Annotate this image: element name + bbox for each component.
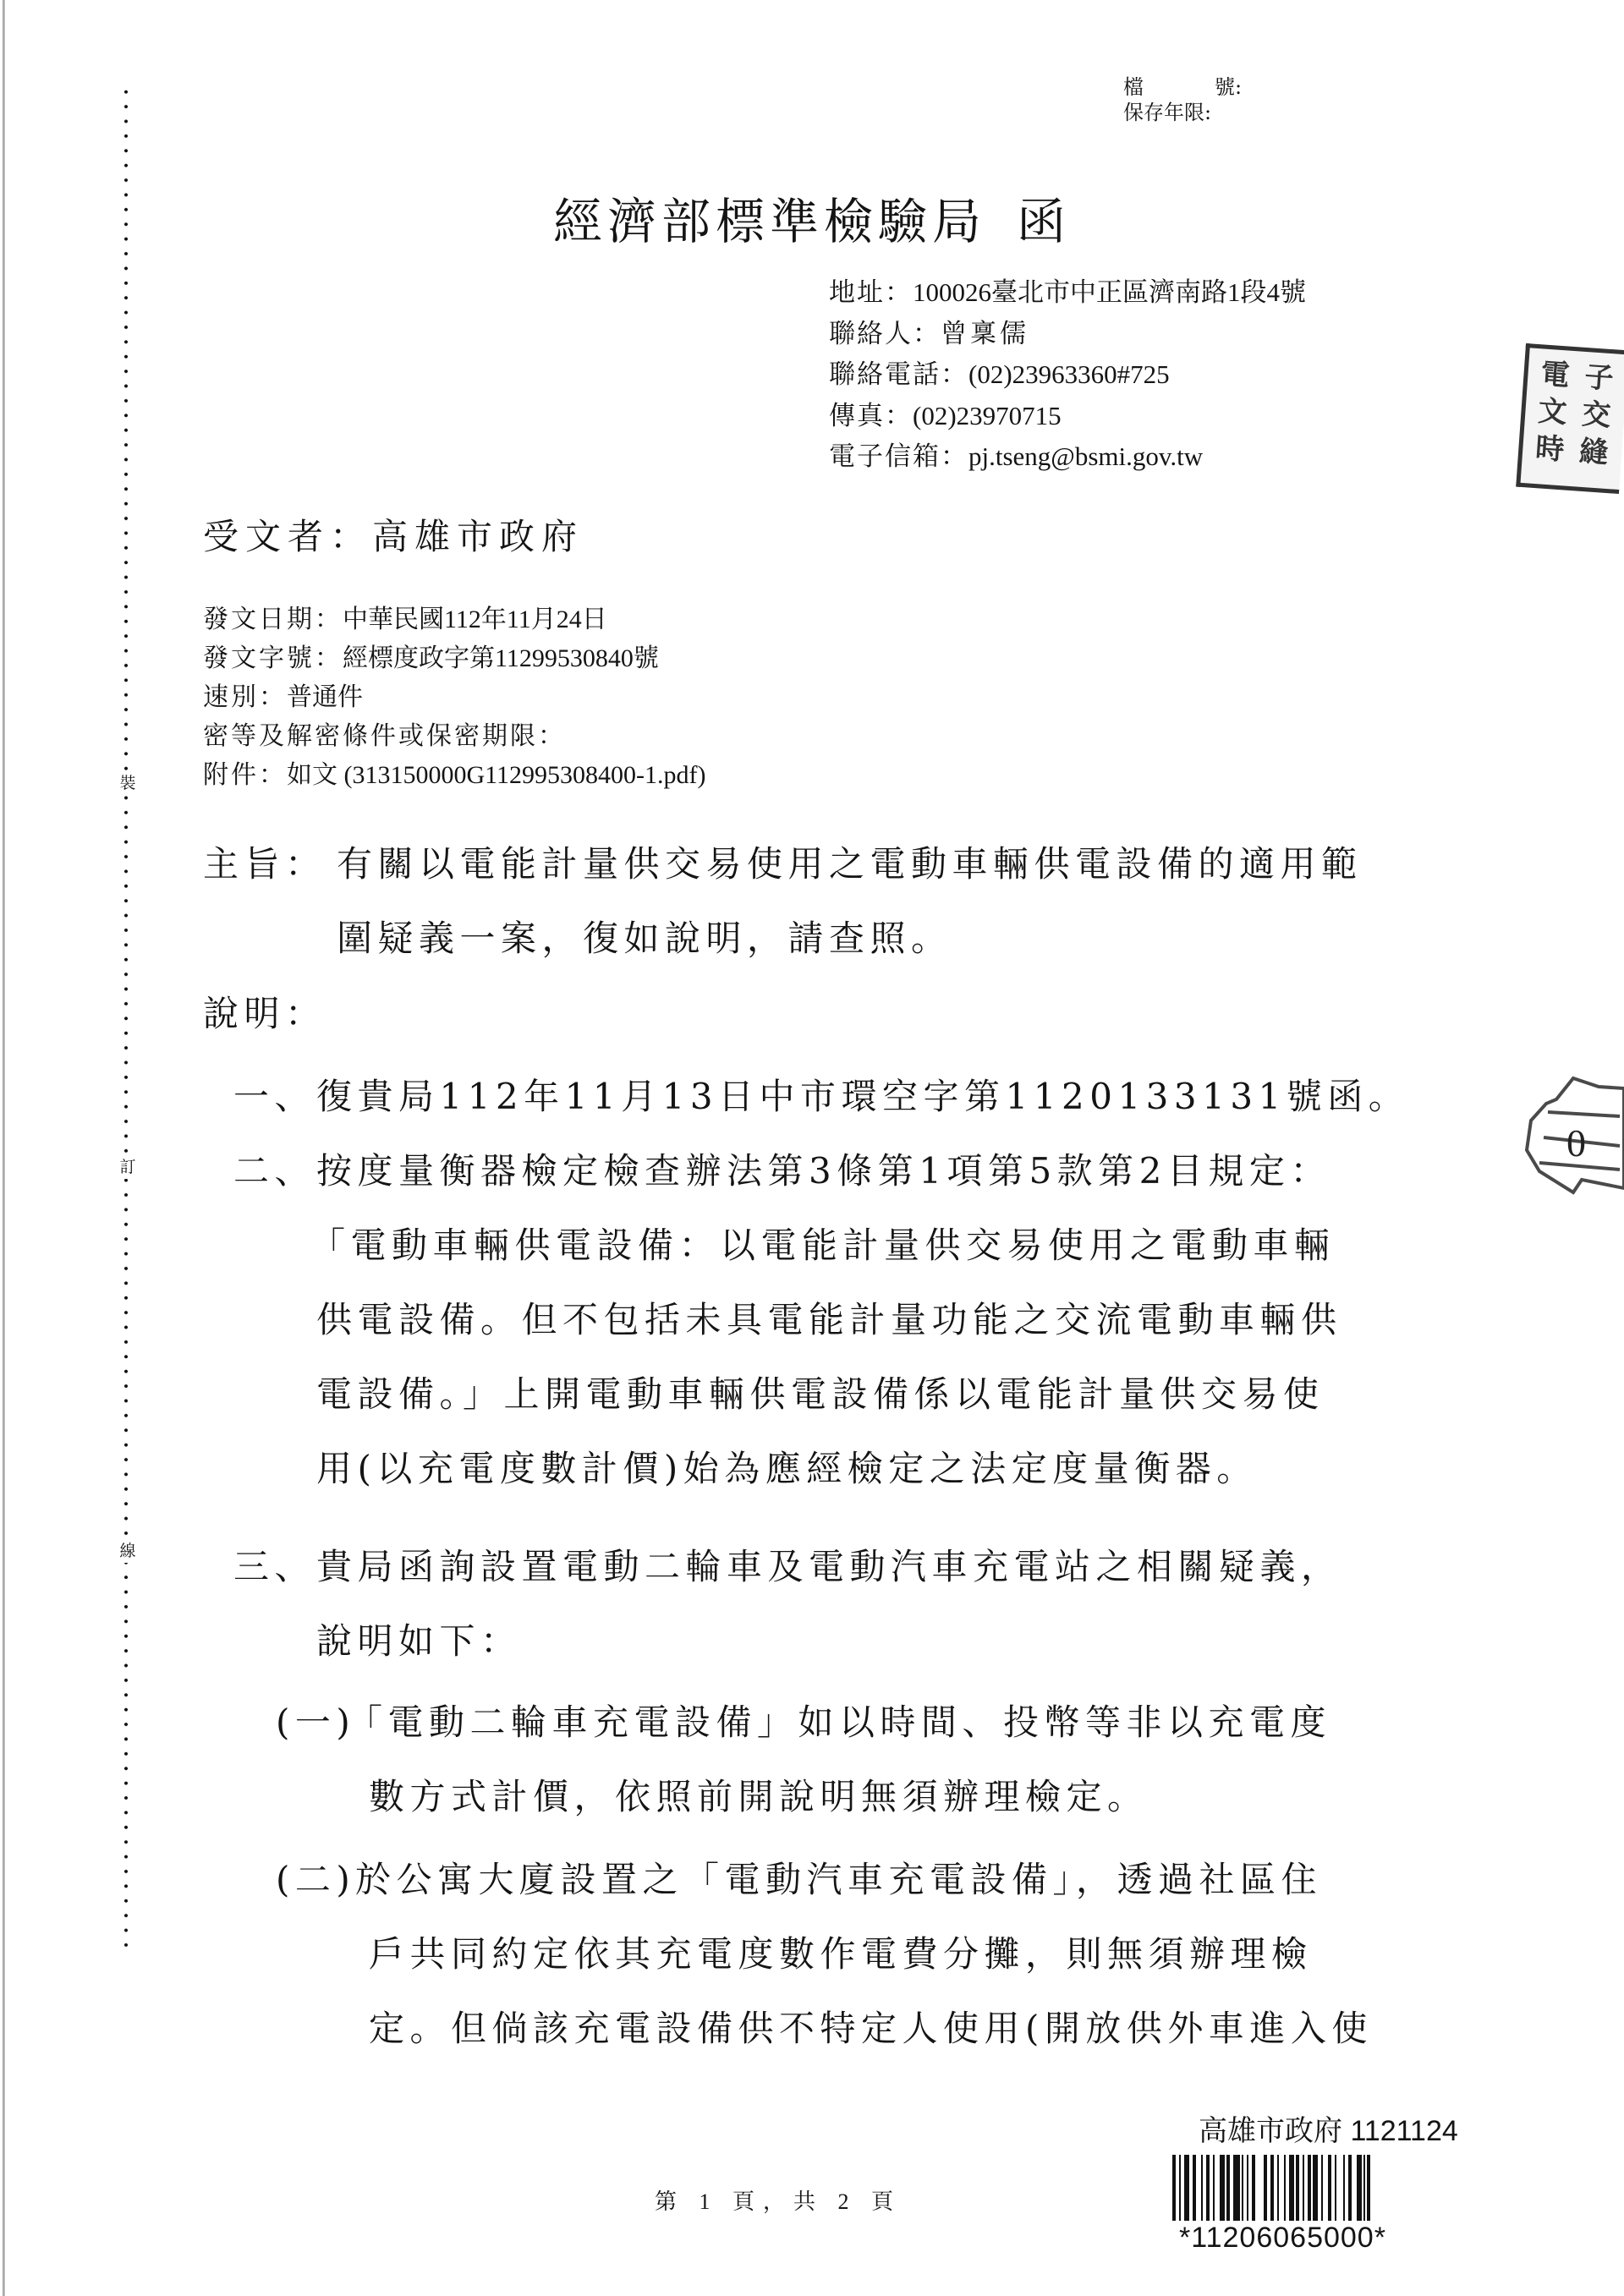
item-3-line-2: 說明如下： (316, 1619, 522, 1664)
file-meta: 檔號: 保存年限: (1123, 74, 1242, 125)
recipient-label: 受文者： (203, 516, 372, 557)
svg-text:0: 0 (1566, 1121, 1586, 1164)
subitem-1-line-1: 「電動二輪車充電設備」如以時間、投幣等非以充電度 (347, 1700, 1331, 1745)
stamp-column-1: 電 文 時 (1527, 355, 1578, 469)
fax-row: 傳真：(02)23970715 (829, 396, 1306, 437)
attachment-row: 附件：如文 (313150000G112995308400-1.pdf) (203, 756, 706, 795)
speed-row: 速別：普通件 (203, 678, 706, 717)
phone-label: 聯絡電話： (829, 359, 968, 389)
phone-value: (02)23963360#725 (968, 359, 1170, 389)
document-number-row: 發文字號：經標度政字第11299530840號 (203, 639, 706, 678)
document-title: 經濟部標準檢驗局函 (0, 188, 1624, 255)
speed-label: 速別： (203, 683, 287, 711)
contact-person-label: 聯絡人： (829, 319, 941, 348)
contact-person-row: 聯絡人：曾稟儒 (829, 314, 1306, 355)
subject-line-2: 圍疑義一案，復如說明，請查照。 (337, 916, 952, 962)
subitem-1-marker: (一) (276, 1700, 355, 1745)
issue-date-row: 發文日期：中華民國112年11月24日 (203, 600, 706, 639)
electronic-document-stamp: 電 文 時 子 交 縫 (1516, 343, 1624, 494)
recipient: 受文者：高雄市政府 (203, 512, 584, 562)
barcode-bars (1172, 2155, 1416, 2221)
document-meta: 發文日期：中華民國112年11月24日 發文字號：經標度政字第112995308… (203, 600, 706, 795)
issue-date-label: 發文日期： (203, 606, 343, 633)
fax-label: 傳真： (829, 401, 913, 430)
address-value: 100026臺北市中正區濟南路1段4號 (913, 277, 1306, 307)
document-number-value: 經標度政字第11299530840號 (343, 644, 659, 672)
archive-number-row: 檔號: (1123, 74, 1242, 100)
item-1-marker: 一、 (233, 1074, 315, 1120)
fax-value: (02)23970715 (913, 401, 1062, 430)
issue-date-value: 中華民國112年11月24日 (343, 606, 607, 633)
subitem-2-line-2: 戶共同約定依其充電度數作電費分攤，則無須辦理檢 (369, 1932, 1313, 1977)
binding-label-ding: 訂 (115, 1155, 140, 1179)
document-type: 函 (1017, 193, 1071, 250)
subitem-2-marker: (二) (276, 1857, 355, 1903)
recipient-value: 高雄市政府 (372, 516, 584, 557)
barcode-title: 高雄市政府 1121124 (1167, 2114, 1506, 2148)
address-label: 地址： (829, 277, 913, 307)
item-2-marker: 二、 (233, 1148, 315, 1194)
email-row: 電子信箱：pj.tseng@bsmi.gov.tw (829, 436, 1306, 478)
barcode-number: *11206065000* (1167, 2221, 1506, 2255)
contact-block: 地址：100026臺北市中正區濟南路1段4號 聯絡人：曾稟儒 聯絡電話：(02)… (829, 272, 1306, 478)
binding-label-zhuang: 裝 (115, 771, 140, 795)
secrecy-row: 密等及解密條件或保密期限： (203, 717, 706, 756)
item-2-line-4: 電設備。」上開電動車輛供電設備係以電能計量供交易使 (316, 1372, 1325, 1417)
scan-edge-line (3, 0, 5, 2296)
explanation-label: 說明： (203, 991, 326, 1037)
email-label: 電子信箱： (829, 441, 968, 471)
retention-label: 保存年限: (1123, 100, 1211, 125)
speed-value: 普通件 (287, 683, 363, 711)
address-row: 地址：100026臺北市中正區濟南路1段4號 (829, 272, 1306, 314)
attachment-link[interactable]: 如文 (313150000G112995308400-1.pdf) (287, 761, 706, 789)
secrecy-label: 密等及解密條件或保密期限： (203, 722, 566, 750)
stamp-column-2: 子 交 縫 (1571, 358, 1622, 472)
subject-line-1: 有關以電能計量供交易使用之電動車輛供電設備的適用範 (337, 841, 1363, 887)
item-2-line-3: 供電設備。但不包括未具電能計量功能之交流電動車輛供 (316, 1297, 1342, 1343)
seal-stamp-partial: 0 (1522, 1070, 1624, 1197)
item-3-marker: 三、 (233, 1544, 315, 1590)
email-value: pj.tseng@bsmi.gov.tw (968, 441, 1203, 471)
barcode-block: 高雄市政府 1121124 *11206065000* (1167, 2114, 1506, 2255)
archive-number-colon: : (1235, 74, 1242, 100)
retention-row: 保存年限: (1123, 100, 1242, 125)
subject-label: 主旨： (203, 841, 326, 887)
agency-name: 經濟部標準檢驗局 (553, 193, 986, 250)
document-number-label: 發文字號： (203, 644, 343, 672)
contact-person-value: 曾稟儒 (941, 319, 1029, 348)
item-3-line-1: 貴局函詢設置電動二輪車及電動汽車充電站之相關疑義， (316, 1544, 1342, 1590)
binding-label-xian: 線 (115, 1539, 140, 1563)
phone-row: 聯絡電話：(02)23963360#725 (829, 354, 1306, 396)
binding-dotted-line (123, 85, 129, 1958)
item-1-line-1: 復貴局112年11月13日中市環空字第1120133131號函。 (316, 1074, 1409, 1120)
archive-number-label: 檔號 (1123, 74, 1235, 100)
subitem-1-line-2: 數方式計價，依照前開說明無須辦理檢定。 (369, 1774, 1149, 1820)
item-2-line-2: 「電動車輛供電設備：以電能計量供交易使用之電動車輛 (310, 1223, 1336, 1269)
subitem-2-line-3: 定。但倘該充電設備供不特定人使用(開放供外車進入使 (369, 2006, 1373, 2052)
item-2-line-1: 按度量衡器檢定檢查辦法第3條第1項第5款第2目規定： (316, 1148, 1331, 1194)
attachment-label: 附件： (203, 761, 287, 789)
subitem-2-line-1: 於公寓大廈設置之「電動汽車充電設備」，透過社區住 (355, 1857, 1322, 1903)
item-2-line-5: 用(以充電度數計價)始為應經檢定之法定度量衡器。 (316, 1446, 1258, 1492)
seal-stamp-icon: 0 (1522, 1070, 1624, 1197)
